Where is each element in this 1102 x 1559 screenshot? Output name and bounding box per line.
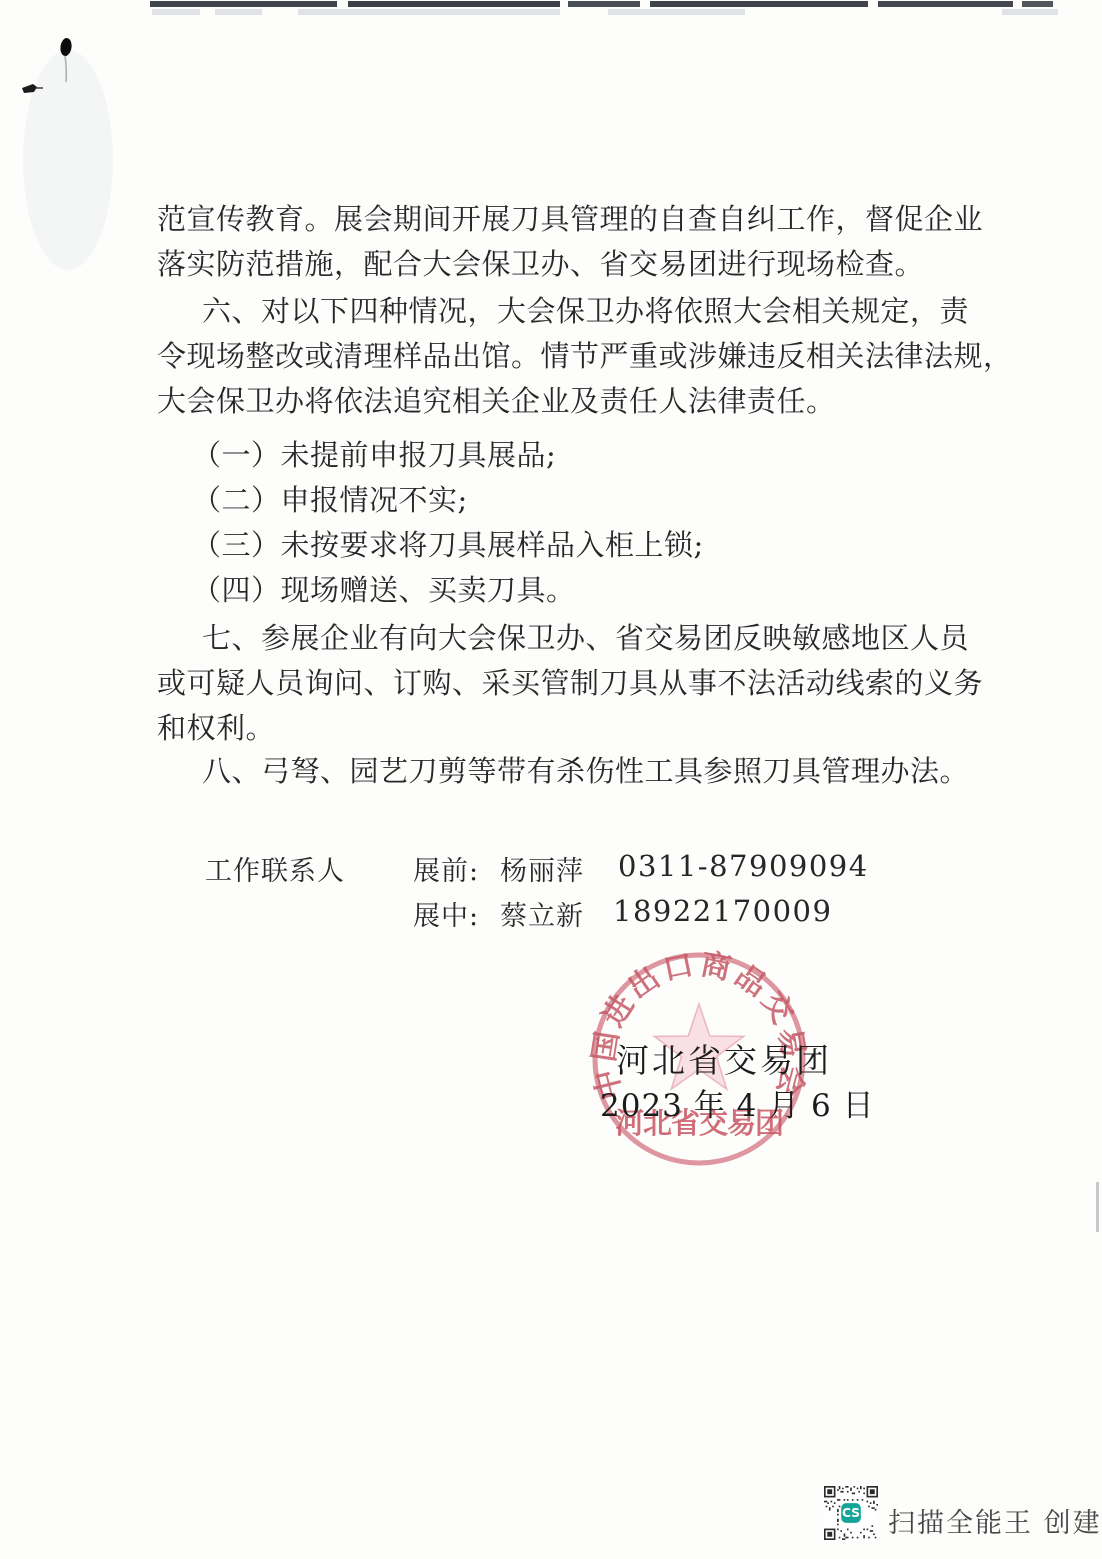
scan-artifact-segment [152,9,200,15]
body-list-item: （四）现场赠送、买卖刀具。 [192,568,576,609]
contact-phase: 展中: [413,894,479,933]
body-list-item: （三）未按要求将刀具展样品入柜上锁; [192,523,704,564]
body-line: 七、参展企业有向大会保卫办、省交易团反映敏感地区人员 [202,616,969,657]
body-line: 六、对以下四种情况，大会保卫办将依照大会相关规定，责 [202,289,969,330]
signature-org: 河北省交易团 [616,1035,832,1082]
scan-artifact-segment [1022,1,1053,7]
body-line: 范宣传教育。展会期间开展刀具管理的自查自纠工作，督促企业 [157,197,983,238]
body-list-item: （二）申报情况不实; [192,478,468,519]
contact-phone: 18922170009 [613,894,832,928]
contact-name: 杨丽萍 [500,849,584,888]
watermark-label: 扫描全能王 创建 [888,1501,1102,1540]
ink-marks [8,30,138,360]
scan-artifact-segment [215,9,262,15]
signature-date: 2023 年 4 月 6 日 [600,1080,875,1125]
scan-artifact-segment [878,1,1013,7]
contact-label: 工作联系人 [205,849,345,888]
qr-code: CS [824,1486,878,1540]
body-line: 大会保卫办将依法追究相关企业及责任人法律责任。 [157,379,836,420]
body-line: 落实防范措施，配合大会保卫办、省交易团进行现场检查。 [157,242,924,283]
scan-artifact-segment [568,1,640,7]
scan-artifact-segment [298,9,560,15]
body-line: 和权利。 [157,706,275,747]
scan-artifact-segment [348,1,560,7]
scan-artifact-segment [650,1,868,7]
cs-logo: CS [842,1506,860,1520]
scan-artifact-segment [608,9,745,15]
scan-edge-mark [1096,1182,1099,1232]
scan-artifact-segment [1002,9,1058,15]
ink-blob-tail [36,87,43,89]
ink-smudge [23,50,113,270]
scan-artifact-segment [150,1,337,7]
body-list-item: （一）未提前申报刀具展品; [192,433,556,474]
body-line: 令现场整改或清理样品出馆。情节严重或涉嫌违反相关法律法规， [157,334,1013,375]
contact-phase: 展前: [413,849,479,888]
contact-phone: 0311-87909094 [618,849,869,883]
body-line: 八、弓弩、园艺刀剪等带有杀伤性工具参照刀具管理办法。 [202,749,969,790]
contact-name: 蔡立新 [500,894,584,933]
body-line: 或可疑人员询问、订购、采买管制刀具从事不法活动线索的义务 [157,661,983,702]
document-page: 范宣传教育。展会期间开展刀具管理的自查自纠工作，督促企业 落实防范措施，配合大会… [0,0,1102,1559]
